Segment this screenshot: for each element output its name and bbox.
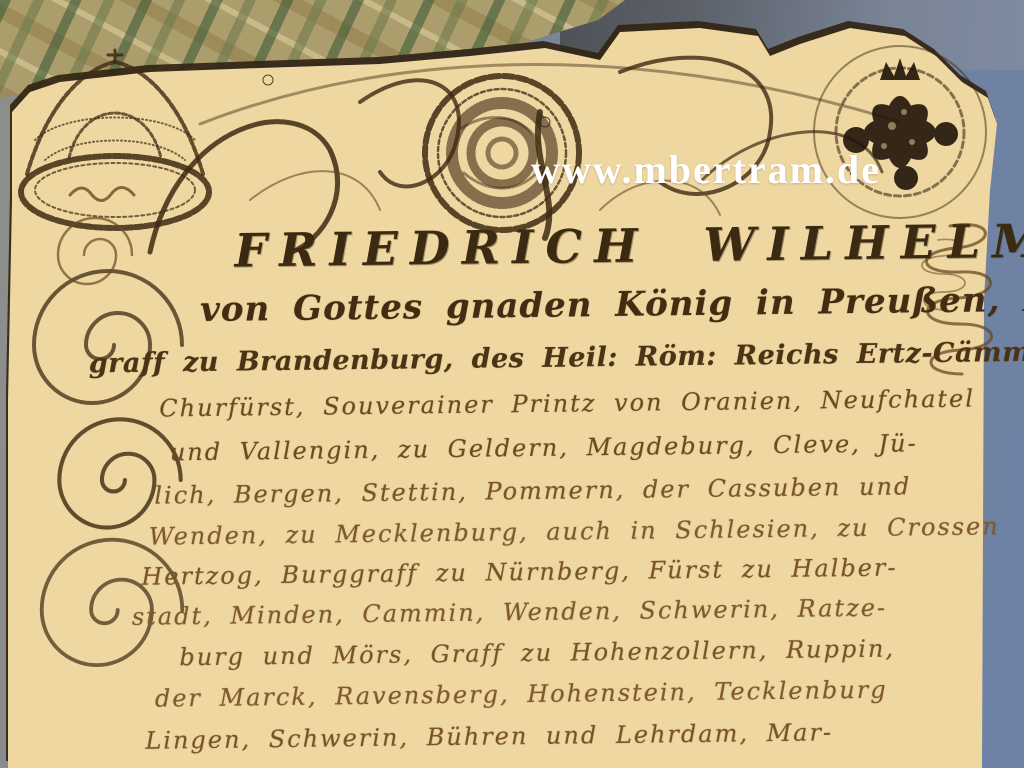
manuscript-line: von Gottes gnaden König in Preußen, Marg… (200, 278, 1024, 330)
manuscript-line: und Vallengin, zu Geldern, Magdeburg, Cl… (170, 429, 918, 466)
manuscript-text-block: FRIEDRICH WILHELM von Gottes gnaden Köni… (0, 0, 1024, 768)
manuscript-line: Lingen, Schwerin, Bühren und Lehrdam, Ma… (145, 718, 833, 754)
manuscript-line: graff zu Brandenburg, des Heil: Röm: Rei… (89, 335, 1024, 379)
manuscript-line: Wenden, zu Mecklenburg, auch in Schlesie… (149, 512, 1000, 550)
manuscript-line: burg und Mörs, Graff zu Hohenzollern, Ru… (179, 635, 895, 672)
manuscript-line: stadt, Minden, Cammin, Wenden, Schwerin,… (132, 594, 888, 631)
manuscript-heading: FRIEDRICH WILHELM (234, 214, 1024, 278)
manuscript-line: lich, Bergen, Stettin, Pommern, der Cass… (154, 472, 911, 509)
manuscript-line: Churfürst, Souverainer Printz von Oranie… (159, 385, 975, 423)
manuscript-line: der Marck, Ravensberg, Hohenstein, Teckl… (155, 676, 888, 713)
manuscript-photo: FRIEDRICH WILHELM von Gottes gnaden Köni… (0, 0, 1024, 768)
watermark-text: www.mbertram.de (531, 146, 881, 193)
manuscript-line: Hertzog, Burggraff zu Nürnberg, Fürst zu… (141, 553, 897, 590)
